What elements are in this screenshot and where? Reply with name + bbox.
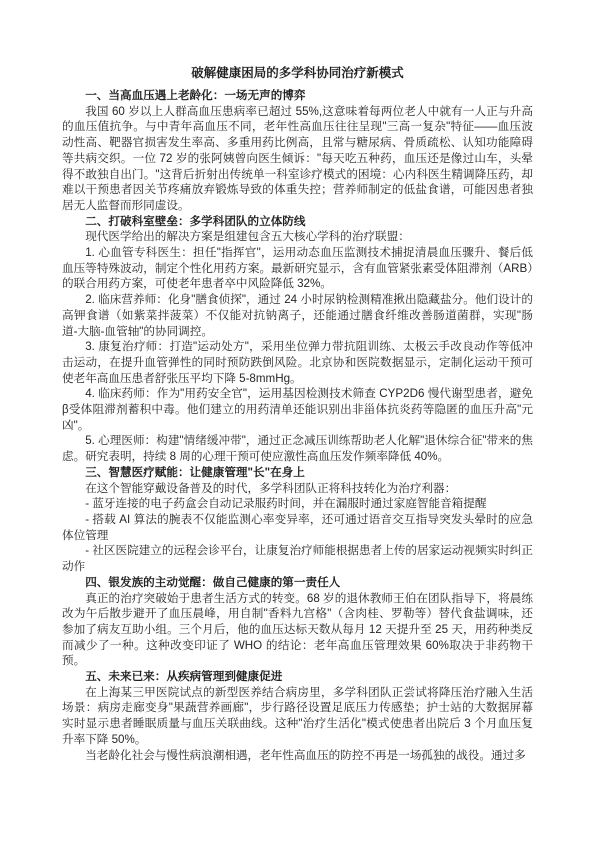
document-body: 一、当高血压遇上老龄化：一场无声的博弈我国 60 岁以上人群高血压患病率已超过 … — [62, 88, 533, 763]
section-heading: 五、未来已来：从疾病管理到健康促进 — [62, 669, 533, 685]
list-item: 5. 心理医师：构建"情绪缓冲带"，通过正念减压训练帮助老人化解"退休综合征"带… — [62, 433, 533, 464]
document-title: 破解健康困局的多学科协同治疗新模式 — [62, 64, 533, 82]
bullet-item: - 社区医院建立的远程会诊平台，让康复治疗师能根据患者上传的居家运动视频实时纠正… — [62, 543, 533, 574]
list-item: 2. 临床营养师：化身"膳食侦探"，通过 24 小时尿钠检测精准揪出隐藏盐分。他… — [62, 292, 533, 339]
paragraph: 真正的治疗突破始于患者生活方式的转变。68 岁的退休教师王伯在团队指导下，将晨练… — [62, 591, 533, 670]
section-heading: 二、打破科室壁垒：多学科团队的立体防线 — [62, 214, 533, 230]
paragraph: 在上海某三甲医院试点的新型医养结合病房里，多学科团队正尝试将降压治疗融入生活场景… — [62, 685, 533, 748]
list-item: 3. 康复治疗师：打造"运动处方"，采用坐位弹力带抗阻训练、太极云手改良动作等低… — [62, 339, 533, 386]
list-item: 4. 临床药师：作为"用药安全官"，运用基因检测技术筛查 CYP2D6 慢代谢型… — [62, 386, 533, 433]
paragraph: 现代医学给出的解决方案是组建包含五大核心学科的治疗联盟： — [62, 229, 533, 245]
paragraph: 在这个智能穿戴设备普及的时代，多学科团队正将科技转化为治疗利器： — [62, 481, 533, 497]
list-item: 1. 心血管专科医生：担任"指挥官"，运用动态血压监测技术捕捉清晨血压骤升、餐后… — [62, 245, 533, 292]
bullet-item: - 蓝牙连接的电子药盒会自动记录服药时间，并在漏服时通过家庭智能音箱提醒 — [62, 496, 533, 512]
document-page: 破解健康困局的多学科协同治疗新模式 一、当高血压遇上老龄化：一场无声的博弈我国 … — [0, 0, 595, 841]
paragraph: 我国 60 岁以上人群高血压患病率已超过 55%,这意味着每两位老人中就有一人正… — [62, 104, 533, 214]
section-heading: 三、智慧医疗赋能：让健康管理"长"在身上 — [62, 465, 533, 481]
section-heading: 一、当高血压遇上老龄化：一场无声的博弈 — [62, 88, 533, 104]
section-heading: 四、银发族的主动觉醒：做自己健康的第一责任人 — [62, 575, 533, 591]
bullet-item: - 搭载 AI 算法的腕表不仅能监测心率变异率，还可通过语音交互指导突发头晕时的… — [62, 512, 533, 543]
paragraph: 当老龄化社会与慢性病浪潮相遇，老年性高血压的防控不再是一场孤独的战役。通过多 — [62, 748, 533, 764]
